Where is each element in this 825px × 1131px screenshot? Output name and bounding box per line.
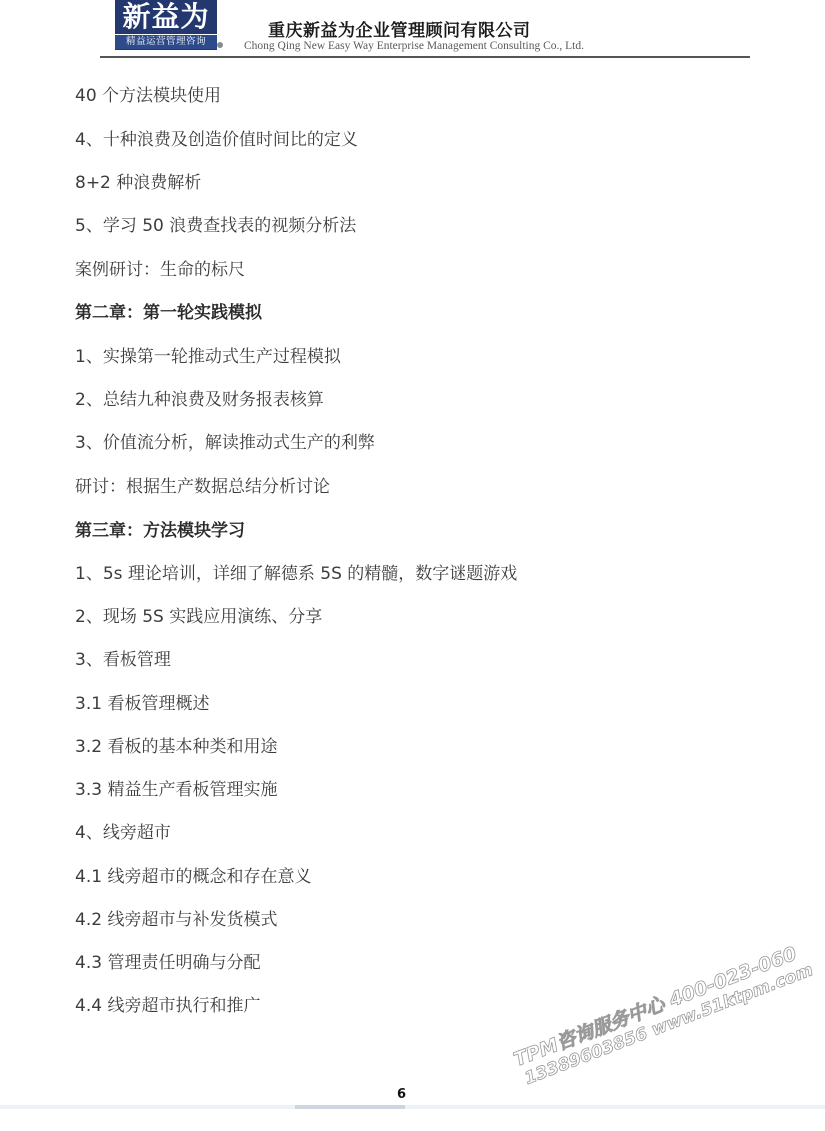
watermark-line-2: 13389603856 www.51ktpm.com — [522, 960, 816, 1089]
company-name-en: Chong Qing New Easy Way Enterprise Manag… — [244, 40, 584, 52]
text-line: 8+2 种浪费解析 — [75, 172, 201, 194]
text-line: 1、5s 理论培训，详细了解德系 5S 的精髓，数字谜题游戏 — [75, 563, 517, 585]
chapter-heading: 第三章：方法模块学习 — [75, 520, 245, 542]
page-header: 新益为 精益运营管理咨询 重庆新益为企业管理顾问有限公司 Chong Qing … — [0, 0, 825, 60]
text-line: 4.2 线旁超市与补发货模式 — [75, 909, 277, 931]
footer-bar — [0, 1105, 825, 1109]
text-line: 案例研讨：生命的标尺 — [75, 259, 245, 281]
logo-main-text: 新益为 — [122, 0, 209, 34]
footer-bar-highlight — [295, 1105, 405, 1109]
logo-sub-text: 精益运营管理咨询 — [115, 34, 217, 49]
text-line: 4.4 线旁超市执行和推广 — [75, 995, 260, 1017]
text-line: 研讨：根据生产数据总结分析讨论 — [75, 476, 330, 498]
text-line: 3.1 看板管理概述 — [75, 693, 209, 715]
company-name-cn: 重庆新益为企业管理顾问有限公司 — [268, 16, 531, 41]
text-line: 3、看板管理 — [75, 649, 171, 671]
text-line: 1、实操第一轮推动式生产过程模拟 — [75, 346, 341, 368]
header-divider — [100, 56, 750, 58]
company-logo: 新益为 精益运营管理咨询 — [115, 0, 217, 50]
text-line: 3、价值流分析，解读推动式生产的利弊 — [75, 432, 375, 454]
page-number: 6 — [397, 1087, 406, 1102]
logo-dot-icon — [217, 42, 223, 48]
text-line: 40 个方法模块使用 — [75, 85, 221, 107]
text-line: 2、现场 5S 实践应用演练、分享 — [75, 606, 322, 628]
text-line: 4、线旁超市 — [75, 822, 171, 844]
text-line: 5、学习 50 浪费查找表的视频分析法 — [75, 215, 356, 237]
text-line: 3.2 看板的基本种类和用途 — [75, 736, 277, 758]
chapter-heading: 第二章：第一轮实践模拟 — [75, 302, 262, 324]
text-line: 4.3 管理责任明确与分配 — [75, 952, 260, 974]
text-line: 3.3 精益生产看板管理实施 — [75, 779, 277, 801]
watermark-line-1: TPM咨询服务中心 400-023-060 — [509, 939, 800, 1072]
text-line: 4.1 线旁超市的概念和存在意义 — [75, 866, 311, 888]
watermark: TPM咨询服务中心 400-023-060 13389603856 www.51… — [505, 975, 825, 1095]
text-line: 4、十种浪费及创造价值时间比的定义 — [75, 129, 358, 151]
text-line: 2、总结九种浪费及财务报表核算 — [75, 389, 324, 411]
